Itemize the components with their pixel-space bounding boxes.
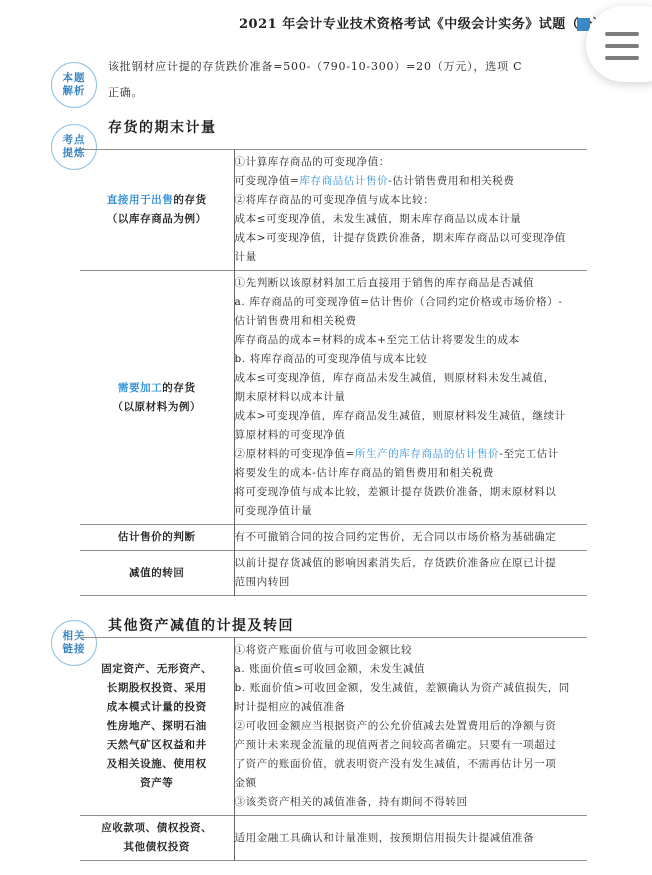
- row-content: ①先判断以该原材料加工后直接用于销售的库存商品是否减值a. 库存商品的可变现净值…: [234, 271, 587, 525]
- text-line: 该批钢材应计提的存货跌价准备=500-（790-10-300）=20（万元），选…: [108, 54, 608, 80]
- text-line: 了资产的账面价值，就表明资产没有发生减值，不需再估计另一项: [235, 755, 588, 774]
- text-line: 及相关设施、使用权: [80, 755, 234, 774]
- asset-impairment-table: 固定资产、无形资产、长期股权投资、采用成本模式计量的投资性房地产、探明石油天然气…: [80, 637, 587, 861]
- text-line: 成本>可变现净值，库存商品发生减值，则原材料发生减值，继续计: [235, 407, 588, 426]
- text-line: 正确。: [108, 80, 608, 106]
- analysis-badge: 本题 解析: [51, 62, 97, 108]
- text-line: 成本≤可变现净值，库存商品未发生减值，则原材料未发生减值，: [235, 369, 588, 388]
- text-line: 金额: [235, 774, 588, 793]
- text-line: ②将库存商品的可变现净值与成本比较：: [235, 191, 588, 210]
- text-line: 范围内转回: [235, 573, 588, 592]
- text-line: 减值的转回: [80, 564, 234, 583]
- inventory-measurement-table: 直接用于出售的存货（以库存商品为例） ①计算库存商品的可变现净值：可变现净值=库…: [80, 149, 587, 596]
- text-line: ①将资产账面价值与可收回金额比较: [235, 641, 588, 660]
- text-line: 有不可撤销合同的按合同约定售价，无合同以市场价格为基础确定: [235, 528, 588, 547]
- text-line: ②原材料的可变现净值=所生产的库存商品的估计售价-至完工估计: [235, 445, 588, 464]
- hamburger-bar: [605, 32, 639, 36]
- row-label: 固定资产、无形资产、长期股权投资、采用成本模式计量的投资性房地产、探明石油天然气…: [80, 638, 234, 816]
- table-row: 应收款项、债权投资、其他债权投资 适用金融工具确认和计量准则，按预期信用损失计提…: [80, 816, 587, 861]
- section-heading-other-assets: 其他资产减值的计提及转回: [108, 615, 294, 635]
- text-line: 算原材料的可变现净值: [235, 426, 588, 445]
- row-label: 直接用于出售的存货（以库存商品为例）: [80, 150, 234, 271]
- badge-text: 考点: [63, 134, 86, 148]
- table-row: 估计售价的判断 有不可撤销合同的按合同约定售价，无合同以市场价格为基础确定: [80, 525, 587, 551]
- row-content: ①计算库存商品的可变现净值：可变现净值=库存商品估计售价-估计销售费用和相关税费…: [234, 150, 587, 271]
- text-line: 应收款项、债权投资、: [80, 819, 234, 838]
- text-line: a. 账面价值≤可收回金额，未发生减值: [235, 660, 588, 679]
- text-line: a. 库存商品的可变现净值=估计售价（合同约定价格或市场价格）-: [235, 293, 588, 312]
- row-label: 需要加工的存货（以原材料为例）: [80, 271, 234, 525]
- text-line: 可变现净值计量: [235, 502, 588, 521]
- text-line: 成本>可变现净值，计提存货跌价准备，期末库存商品以可变现净值: [235, 229, 588, 248]
- text-line: 成本≤可变现净值，未发生减值，期末库存商品以成本计量: [235, 210, 588, 229]
- text-line: 性房地产、探明石油: [80, 717, 234, 736]
- table-row: 减值的转回 以前计提存货减值的影响因素消失后，存货跌价准备应在原已计提范围内转回: [80, 551, 587, 596]
- text-line: 以前计提存货减值的影响因素消失后，存货跌价准备应在原已计提: [235, 554, 588, 573]
- row-content: 以前计提存货减值的影响因素消失后，存货跌价准备应在原已计提范围内转回: [234, 551, 587, 596]
- text-line: （以原材料为例）: [80, 398, 234, 417]
- row-content: ①将资产账面价值与可收回金额比较a. 账面价值≤可收回金额，未发生减值b. 账面…: [234, 638, 587, 816]
- row-content: 适用金融工具确认和计量准则，按预期信用损失计提减值准备: [234, 816, 587, 861]
- badge-text: 本题: [63, 72, 86, 86]
- hamburger-icon: [605, 32, 639, 68]
- hamburger-bar: [605, 56, 639, 60]
- section-heading-inventory: 存货的期末计量: [108, 117, 217, 137]
- table-row: 直接用于出售的存货（以库存商品为例） ①计算库存商品的可变现净值：可变现净值=库…: [80, 150, 587, 271]
- text-line: 固定资产、无形资产、: [80, 660, 234, 679]
- text-line: 资产等: [80, 774, 234, 793]
- row-label: 估计售价的判断: [80, 525, 234, 551]
- text-line: （以库存商品为例）: [80, 210, 234, 229]
- text-line: 库存商品的成本=材料的成本+至完工估计将要发生的成本: [235, 331, 588, 350]
- text-line: 期末原材料以成本计量: [235, 388, 588, 407]
- text-line: b. 账面价值>可收回金额，发生减值，差额确认为资产减值损失，同: [235, 679, 588, 698]
- text-line: 直接用于出售的存货: [80, 191, 234, 210]
- text-line: 计量: [235, 248, 588, 267]
- row-label: 减值的转回: [80, 551, 234, 596]
- text-line: 成本模式计量的投资: [80, 698, 234, 717]
- text-line: ③该类资产相关的减值准备，持有期间不得转回: [235, 793, 588, 812]
- text-line: 估计销售费用和相关税费: [235, 312, 588, 331]
- text-line: 长期股权投资、采用: [80, 679, 234, 698]
- table-row: 固定资产、无形资产、长期股权投资、采用成本模式计量的投资性房地产、探明石油天然气…: [80, 638, 587, 816]
- table-row: 需要加工的存货（以原材料为例） ①先判断以该原材料加工后直接用于销售的库存商品是…: [80, 271, 587, 525]
- analysis-paragraph: 该批钢材应计提的存货跌价准备=500-（790-10-300）=20（万元），选…: [108, 54, 608, 106]
- text-line: 可变现净值=库存商品估计售价-估计销售费用和相关税费: [235, 172, 588, 191]
- text-line: ①计算库存商品的可变现净值：: [235, 153, 588, 172]
- text-line: 天然气矿区权益和井: [80, 736, 234, 755]
- text-line: 需要加工的存货: [80, 379, 234, 398]
- text-line: ①先判断以该原材料加工后直接用于销售的库存商品是否减值: [235, 274, 588, 293]
- text-line: 适用金融工具确认和计量准则，按预期信用损失计提减值准备: [235, 829, 588, 848]
- row-content: 有不可撤销合同的按合同约定售价，无合同以市场价格为基础确定: [234, 525, 587, 551]
- text-line: ②可收回金额应当根据资产的公允价值减去处置费用后的净额与资: [235, 717, 588, 736]
- text-line: b. 将库存商品的可变现净值与成本比较: [235, 350, 588, 369]
- page-title: 2021 年会计专业技术资格考试《中级会计实务》试题（一）: [239, 13, 606, 32]
- text-line: 其他债权投资: [80, 838, 234, 857]
- badge-text: 解析: [63, 85, 86, 99]
- hamburger-bar: [605, 44, 639, 48]
- row-label: 应收款项、债权投资、其他债权投资: [80, 816, 234, 861]
- text-line: 估计售价的判断: [80, 528, 234, 547]
- text-line: 时计提相应的减值准备: [235, 698, 588, 717]
- document-page: { "colors": { "accent": "#2e8ed5" }, "he…: [0, 0, 652, 875]
- text-line: 将可变现净值与成本比较，差额计提存货跌价准备，期末原材料以: [235, 483, 588, 502]
- text-line: 将要发生的成本-估计库存商品的销售费用和相关税费: [235, 464, 588, 483]
- text-line: 产预计未来现金流量的现值两者之间较高者确定。只要有一项超过: [235, 736, 588, 755]
